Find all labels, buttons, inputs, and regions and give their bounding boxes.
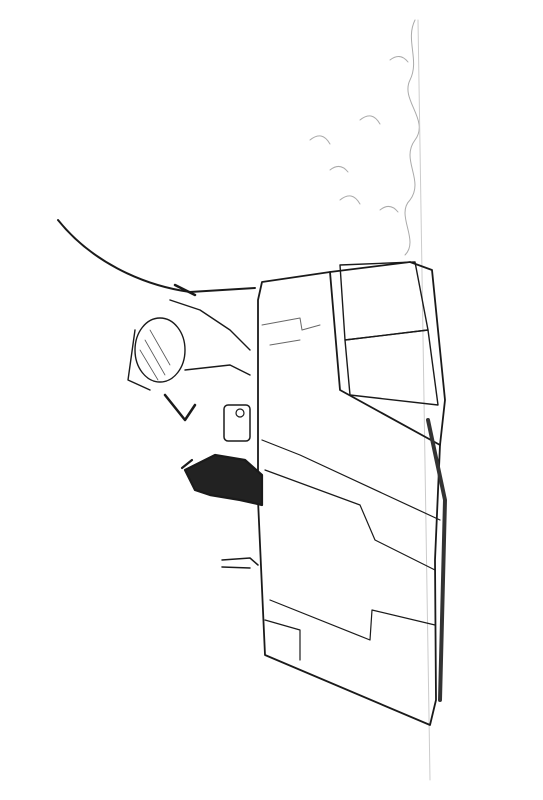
sketch-drawing [0, 0, 543, 800]
sketch-canvas: Pencil sketch (rotated 90 degrees) of an… [0, 0, 543, 800]
soldier-seated [128, 285, 250, 420]
dust-cloud [310, 20, 430, 780]
antenna-wire [58, 220, 255, 292]
soldier-crouching [182, 455, 262, 505]
